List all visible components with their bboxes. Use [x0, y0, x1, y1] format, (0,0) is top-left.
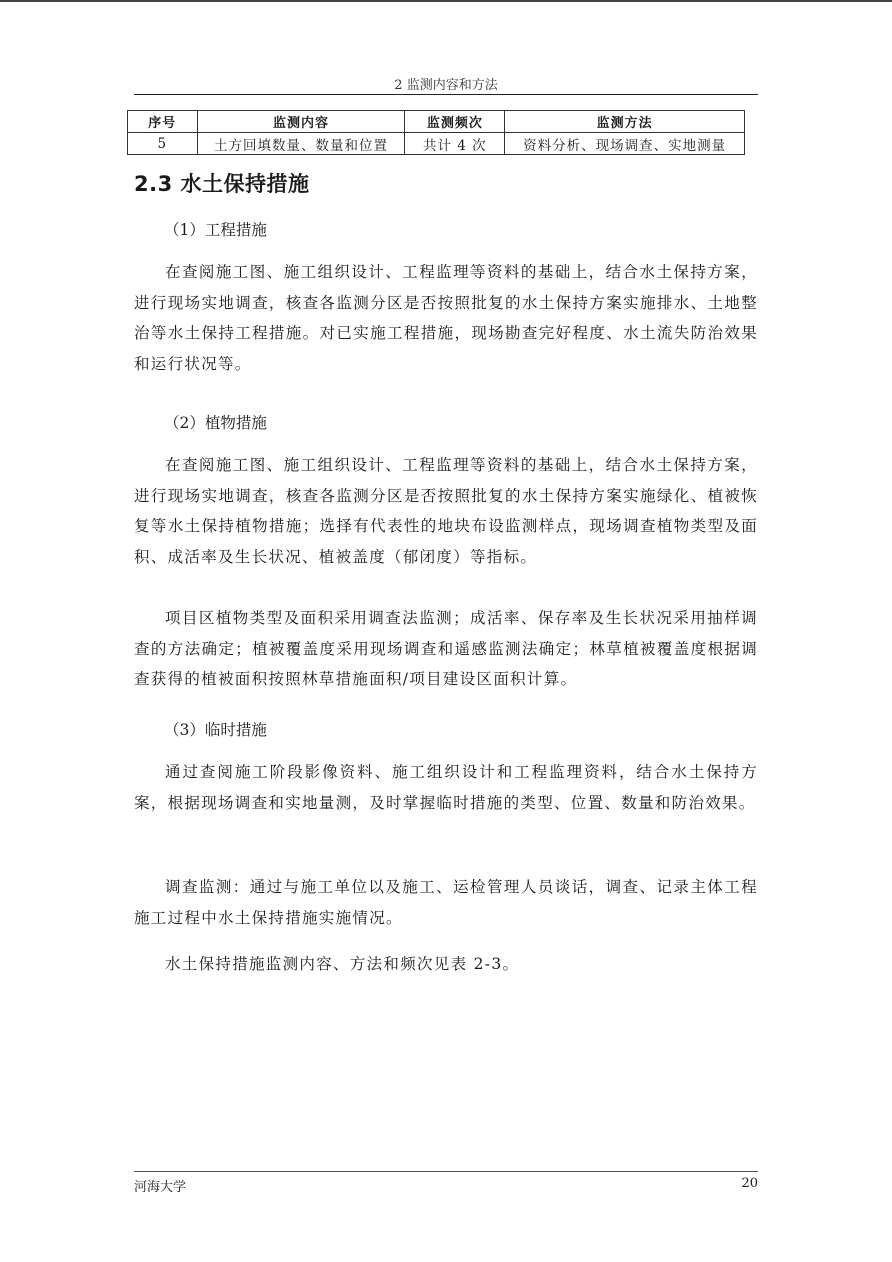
- page-number: 20: [741, 1176, 758, 1191]
- table-header-row: 序号 监测内容 监测频次 监测方法: [128, 111, 745, 133]
- vegetation-measures-text: 在查阅施工图、施工组织设计、工程监理等资料的基础上，结合水土保持方案，进行现场实…: [134, 450, 758, 572]
- footer-rule: [134, 1171, 758, 1172]
- table-row: 5 土方回填数量、数量和位置 共计 4 次 资料分析、现场调查、实地测量: [128, 133, 745, 155]
- subsection-heading-temporary: （3）临时措施: [164, 718, 267, 740]
- cell-method: 资料分析、现场调查、实地测量: [505, 133, 745, 155]
- temporary-measures-text: 通过查阅施工阶段影像资料、施工组织设计和工程监理资料，结合水土保持方案，根据现场…: [134, 757, 758, 818]
- monitoring-table: 序号 监测内容 监测频次 监测方法 5 土方回填数量、数量和位置 共计 4 次 …: [127, 110, 745, 155]
- paragraph: 通过查阅施工阶段影像资料、施工组织设计和工程监理资料，结合水土保持方案，根据现场…: [134, 757, 758, 818]
- header-rule: [134, 94, 758, 95]
- paragraph: 调查监测：通过与施工单位以及施工、运检管理人员谈话，调查、记录主体工程施工过程中…: [134, 872, 758, 933]
- survey-monitoring-text: 调查监测：通过与施工单位以及施工、运检管理人员谈话，调查、记录主体工程施工过程中…: [134, 872, 758, 933]
- paragraph: 在查阅施工图、施工组织设计、工程监理等资料的基础上，结合水土保持方案，进行现场实…: [134, 257, 758, 379]
- cell-content: 土方回填数量、数量和位置: [197, 133, 405, 155]
- cell-index: 5: [128, 133, 198, 155]
- subsection-heading-vegetation: （2）植物措施: [164, 411, 267, 433]
- paragraph: 水土保持措施监测内容、方法和频次见表 2-3。: [134, 949, 758, 980]
- section-heading: 2.3 水土保持措施: [134, 168, 310, 198]
- column-header-content: 监测内容: [197, 111, 405, 133]
- table-reference-text: 水土保持措施监测内容、方法和频次见表 2-3。: [134, 949, 758, 980]
- paragraph: 项目区植物类型及面积采用调查法监测；成活率、保存率及生长状况采用抽样调查的方法确…: [134, 603, 758, 695]
- footer-institution: 河海大学: [134, 1176, 186, 1195]
- column-header-index: 序号: [128, 111, 198, 133]
- cell-frequency: 共计 4 次: [405, 133, 505, 155]
- column-header-frequency: 监测频次: [405, 111, 505, 133]
- column-header-method: 监测方法: [505, 111, 745, 133]
- running-header: 2 监测内容和方法: [134, 74, 758, 93]
- page-top-edge: [0, 0, 892, 2]
- paragraph: 在查阅施工图、施工组织设计、工程监理等资料的基础上，结合水土保持方案，进行现场实…: [134, 450, 758, 572]
- engineering-measures-text: 在查阅施工图、施工组织设计、工程监理等资料的基础上，结合水土保持方案，进行现场实…: [134, 257, 758, 379]
- vegetation-method-text: 项目区植物类型及面积采用调查法监测；成活率、保存率及生长状况采用抽样调查的方法确…: [134, 603, 758, 695]
- subsection-heading-engineering: （1）工程措施: [164, 218, 267, 240]
